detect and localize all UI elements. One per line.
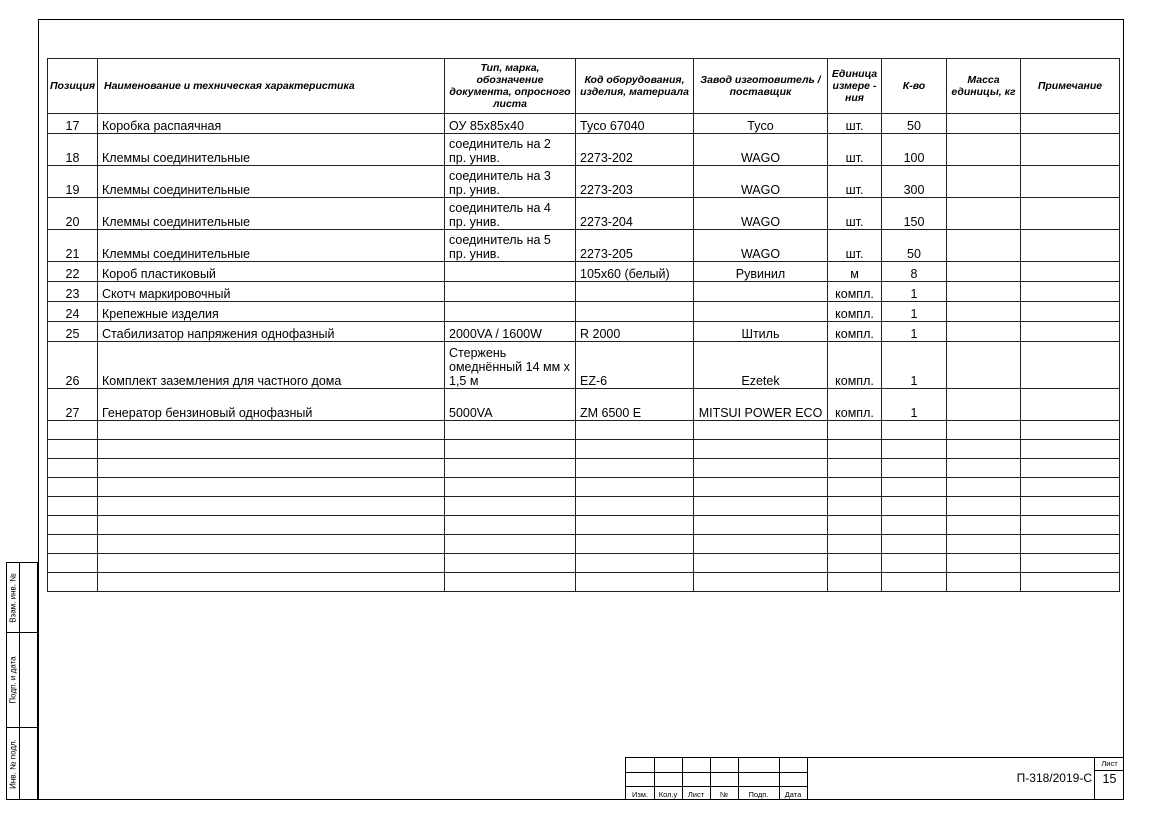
header-maker: Завод изготовитель / поставщик bbox=[694, 59, 828, 114]
cell-empty bbox=[576, 478, 694, 497]
cell-empty bbox=[828, 516, 882, 535]
cell-empty bbox=[828, 573, 882, 592]
cell-mass bbox=[947, 342, 1021, 389]
cell-unit: компл. bbox=[828, 322, 882, 342]
cell-pos: 24 bbox=[48, 302, 98, 322]
table-row-empty bbox=[48, 535, 1120, 554]
cell-empty bbox=[828, 535, 882, 554]
cell-code: ZM 6500 E bbox=[576, 389, 694, 421]
cell-empty bbox=[947, 554, 1021, 573]
cell-empty bbox=[694, 516, 828, 535]
cell-maker: WAGO bbox=[694, 166, 828, 198]
table-row: 26Комплект заземления для частного домаС… bbox=[48, 342, 1120, 389]
sheet-label: Лист bbox=[1095, 758, 1124, 771]
cell-qty: 8 bbox=[882, 262, 947, 282]
cell-note bbox=[1021, 322, 1120, 342]
table-row: 23Скотч маркировочныйкомпл.1 bbox=[48, 282, 1120, 302]
cell-empty bbox=[947, 573, 1021, 592]
cell-empty bbox=[576, 421, 694, 440]
cell-note bbox=[1021, 114, 1120, 134]
cell-qty: 100 bbox=[882, 134, 947, 166]
table-row-empty bbox=[48, 573, 1120, 592]
cell-mass bbox=[947, 282, 1021, 302]
cell-empty bbox=[445, 440, 576, 459]
sheet-number: 15 bbox=[1095, 772, 1124, 786]
cell-empty bbox=[576, 440, 694, 459]
cell-qty: 1 bbox=[882, 282, 947, 302]
cell-maker: WAGO bbox=[694, 198, 828, 230]
cell-empty bbox=[694, 440, 828, 459]
cell-pos: 27 bbox=[48, 389, 98, 421]
cell-empty bbox=[694, 573, 828, 592]
cell-empty bbox=[48, 421, 98, 440]
cell-qty: 1 bbox=[882, 322, 947, 342]
cell-mass bbox=[947, 166, 1021, 198]
cell-type: Стержень омеднённый 14 мм х 1,5 м bbox=[445, 342, 576, 389]
header-name: Наименование и техническая характеристик… bbox=[98, 59, 445, 114]
cell-empty bbox=[694, 535, 828, 554]
cell-name: Коробка распаячная bbox=[98, 114, 445, 134]
cell-note bbox=[1021, 282, 1120, 302]
stamp-label: Инв. № подл. bbox=[9, 739, 18, 789]
cell-note bbox=[1021, 302, 1120, 322]
cell-mass bbox=[947, 262, 1021, 282]
cell-empty bbox=[882, 459, 947, 478]
cell-unit: шт. bbox=[828, 198, 882, 230]
table-row-empty bbox=[48, 497, 1120, 516]
cell-empty bbox=[947, 421, 1021, 440]
cell-pos: 21 bbox=[48, 230, 98, 262]
stamp-original-inv: Инв. № подл. bbox=[6, 727, 38, 800]
cell-qty: 1 bbox=[882, 389, 947, 421]
cell-empty bbox=[828, 497, 882, 516]
cell-empty bbox=[828, 478, 882, 497]
cell-empty bbox=[882, 573, 947, 592]
cell-mass bbox=[947, 134, 1021, 166]
revision-grid: Изм. Кол.у Лист № Подп. Дата bbox=[626, 758, 807, 800]
cell-empty bbox=[576, 459, 694, 478]
cell-code: 2273-204 bbox=[576, 198, 694, 230]
cell-empty bbox=[1021, 440, 1120, 459]
cell-name: Клеммы соединительные bbox=[98, 166, 445, 198]
cell-note bbox=[1021, 342, 1120, 389]
cell-pos: 19 bbox=[48, 166, 98, 198]
cell-empty bbox=[576, 497, 694, 516]
cell-empty bbox=[882, 440, 947, 459]
cell-mass bbox=[947, 322, 1021, 342]
cell-unit: компл. bbox=[828, 282, 882, 302]
cell-mass bbox=[947, 389, 1021, 421]
stamp-label: Взам. инв. № bbox=[9, 573, 18, 623]
specification-table: Позиция Наименование и техническая харак… bbox=[47, 58, 1120, 592]
table-row: 19Клеммы соединительныесоединитель на 3 … bbox=[48, 166, 1120, 198]
table-row-empty bbox=[48, 516, 1120, 535]
header-type: Тип, марка, обозначение документа, опрос… bbox=[445, 59, 576, 114]
cell-empty bbox=[98, 459, 445, 478]
table-row: 22Короб пластиковый105x60 (белый)Рувинил… bbox=[48, 262, 1120, 282]
cell-empty bbox=[98, 478, 445, 497]
cell-type: соединитель на 4 пр. унив. bbox=[445, 198, 576, 230]
rev-label-doc-no: № bbox=[710, 789, 738, 800]
cell-type: соединитель на 3 пр. унив. bbox=[445, 166, 576, 198]
cell-type: 2000VA / 1600W bbox=[445, 322, 576, 342]
cell-empty bbox=[576, 573, 694, 592]
cell-empty bbox=[445, 554, 576, 573]
cell-unit: шт. bbox=[828, 114, 882, 134]
cell-empty bbox=[947, 440, 1021, 459]
cell-empty bbox=[445, 535, 576, 554]
cell-type: соединитель на 2 пр. унив. bbox=[445, 134, 576, 166]
cell-empty bbox=[445, 573, 576, 592]
rev-label-date: Дата bbox=[779, 789, 807, 800]
table-row: 27Генератор бензиновый однофазный5000VAZ… bbox=[48, 389, 1120, 421]
cell-type bbox=[445, 262, 576, 282]
cell-empty bbox=[98, 497, 445, 516]
cell-empty bbox=[48, 440, 98, 459]
cell-empty bbox=[98, 554, 445, 573]
cell-empty bbox=[98, 573, 445, 592]
cell-qty: 50 bbox=[882, 114, 947, 134]
cell-maker: MITSUI POWER ECO bbox=[694, 389, 828, 421]
cell-pos: 22 bbox=[48, 262, 98, 282]
cell-note bbox=[1021, 389, 1120, 421]
table-row-empty bbox=[48, 554, 1120, 573]
cell-empty bbox=[947, 478, 1021, 497]
cell-empty bbox=[882, 535, 947, 554]
table-row-empty bbox=[48, 459, 1120, 478]
cell-code: 2273-202 bbox=[576, 134, 694, 166]
cell-empty bbox=[98, 421, 445, 440]
header-unit: Единица измере - ния bbox=[828, 59, 882, 114]
cell-note bbox=[1021, 262, 1120, 282]
table-row-empty bbox=[48, 421, 1120, 440]
cell-code: Tyco 67040 bbox=[576, 114, 694, 134]
cell-empty bbox=[98, 535, 445, 554]
cell-name: Генератор бензиновый однофазный bbox=[98, 389, 445, 421]
cell-type: 5000VA bbox=[445, 389, 576, 421]
cell-empty bbox=[1021, 554, 1120, 573]
cell-empty bbox=[882, 497, 947, 516]
cell-empty bbox=[48, 497, 98, 516]
cell-empty bbox=[828, 440, 882, 459]
cell-empty bbox=[694, 554, 828, 573]
cell-empty bbox=[947, 535, 1021, 554]
cell-unit: шт. bbox=[828, 166, 882, 198]
cell-pos: 26 bbox=[48, 342, 98, 389]
cell-empty bbox=[1021, 573, 1120, 592]
cell-empty bbox=[694, 459, 828, 478]
cell-maker: WAGO bbox=[694, 134, 828, 166]
cell-note bbox=[1021, 230, 1120, 262]
table-row-empty bbox=[48, 478, 1120, 497]
cell-unit: шт. bbox=[828, 230, 882, 262]
cell-code: 2273-203 bbox=[576, 166, 694, 198]
cell-unit: шт. bbox=[828, 134, 882, 166]
cell-empty bbox=[882, 516, 947, 535]
cell-name: Скотч маркировочный bbox=[98, 282, 445, 302]
cell-empty bbox=[48, 554, 98, 573]
cell-empty bbox=[947, 459, 1021, 478]
cell-empty bbox=[48, 535, 98, 554]
cell-empty bbox=[48, 478, 98, 497]
cell-pos: 25 bbox=[48, 322, 98, 342]
cell-empty bbox=[1021, 535, 1120, 554]
stamp-sign-date: Подп. и дата bbox=[6, 632, 38, 728]
cell-unit: компл. bbox=[828, 302, 882, 322]
cell-maker: Tyco bbox=[694, 114, 828, 134]
cell-empty bbox=[445, 459, 576, 478]
cell-empty bbox=[828, 421, 882, 440]
cell-type bbox=[445, 282, 576, 302]
cell-empty bbox=[1021, 459, 1120, 478]
cell-empty bbox=[445, 478, 576, 497]
cell-empty bbox=[882, 421, 947, 440]
cell-qty: 150 bbox=[882, 198, 947, 230]
cell-name: Клеммы соединительные bbox=[98, 134, 445, 166]
cell-maker: Рувинил bbox=[694, 262, 828, 282]
rev-label-sheet: Лист bbox=[682, 789, 710, 800]
cell-empty bbox=[48, 573, 98, 592]
cell-qty: 1 bbox=[882, 342, 947, 389]
cell-code: 105x60 (белый) bbox=[576, 262, 694, 282]
rev-label-change: Изм. bbox=[626, 789, 654, 800]
cell-empty bbox=[98, 440, 445, 459]
rev-label-count: Кол.у bbox=[654, 789, 682, 800]
cell-pos: 20 bbox=[48, 198, 98, 230]
cell-note bbox=[1021, 198, 1120, 230]
cell-pos: 18 bbox=[48, 134, 98, 166]
cell-empty bbox=[828, 554, 882, 573]
sheet-box: Лист 15 bbox=[1094, 758, 1124, 800]
cell-empty bbox=[828, 459, 882, 478]
cell-name: Крепежные изделия bbox=[98, 302, 445, 322]
title-block: Изм. Кол.у Лист № Подп. Дата П-318/2019-… bbox=[625, 757, 1124, 800]
cell-name: Клеммы соединительные bbox=[98, 198, 445, 230]
cell-unit: м bbox=[828, 262, 882, 282]
cell-note bbox=[1021, 166, 1120, 198]
table-row-empty bbox=[48, 440, 1120, 459]
table-row: 20Клеммы соединительныесоединитель на 4 … bbox=[48, 198, 1120, 230]
cell-code: EZ-6 bbox=[576, 342, 694, 389]
table-row: 24Крепежные изделиякомпл.1 bbox=[48, 302, 1120, 322]
cell-empty bbox=[576, 535, 694, 554]
cell-qty: 1 bbox=[882, 302, 947, 322]
cell-empty bbox=[694, 421, 828, 440]
cell-pos: 17 bbox=[48, 114, 98, 134]
cell-empty bbox=[98, 516, 445, 535]
cell-name: Стабилизатор напряжения однофазный bbox=[98, 322, 445, 342]
cell-empty bbox=[1021, 516, 1120, 535]
cell-code: 2273-205 bbox=[576, 230, 694, 262]
cell-name: Комплект заземления для частного дома bbox=[98, 342, 445, 389]
header-note: Примечание bbox=[1021, 59, 1120, 114]
cell-empty bbox=[445, 421, 576, 440]
cell-type bbox=[445, 302, 576, 322]
cell-maker: Ezetek bbox=[694, 342, 828, 389]
cell-empty bbox=[1021, 497, 1120, 516]
cell-empty bbox=[694, 478, 828, 497]
table-row: 17Коробка распаячнаяОУ 85х85х40Tyco 6704… bbox=[48, 114, 1120, 134]
cell-empty bbox=[1021, 421, 1120, 440]
stamp-replaced-inv: Взам. инв. № bbox=[6, 562, 38, 633]
rev-label-signature: Подп. bbox=[738, 789, 779, 800]
cell-maker bbox=[694, 282, 828, 302]
document-code: П-318/2019-С bbox=[1017, 771, 1092, 785]
cell-empty bbox=[445, 516, 576, 535]
cell-empty bbox=[48, 516, 98, 535]
cell-name: Клеммы соединительные bbox=[98, 230, 445, 262]
cell-type: ОУ 85х85х40 bbox=[445, 114, 576, 134]
table-row: 18Клеммы соединительныесоединитель на 2 … bbox=[48, 134, 1120, 166]
cell-empty bbox=[882, 554, 947, 573]
cell-empty bbox=[445, 497, 576, 516]
cell-unit: компл. bbox=[828, 342, 882, 389]
header-qty: К-во bbox=[882, 59, 947, 114]
cell-name: Короб пластиковый bbox=[98, 262, 445, 282]
cell-code bbox=[576, 282, 694, 302]
cell-code bbox=[576, 302, 694, 322]
cell-mass bbox=[947, 198, 1021, 230]
cell-empty bbox=[48, 459, 98, 478]
stamp-label: Подп. и дата bbox=[9, 656, 18, 703]
table-body: 17Коробка распаячнаяОУ 85х85х40Tyco 6704… bbox=[48, 114, 1120, 592]
cell-qty: 50 bbox=[882, 230, 947, 262]
cell-empty bbox=[576, 516, 694, 535]
cell-mass bbox=[947, 302, 1021, 322]
cell-maker bbox=[694, 302, 828, 322]
cell-pos: 23 bbox=[48, 282, 98, 302]
header-code: Код оборудования, изделия, материала bbox=[576, 59, 694, 114]
cell-empty bbox=[947, 516, 1021, 535]
cell-qty: 300 bbox=[882, 166, 947, 198]
cell-empty bbox=[1021, 478, 1120, 497]
cell-mass bbox=[947, 230, 1021, 262]
cell-empty bbox=[576, 554, 694, 573]
cell-maker: Штиль bbox=[694, 322, 828, 342]
cell-maker: WAGO bbox=[694, 230, 828, 262]
table-row: 21Клеммы соединительныесоединитель на 5 … bbox=[48, 230, 1120, 262]
header-mass: Масса единицы, кг bbox=[947, 59, 1021, 114]
cell-note bbox=[1021, 134, 1120, 166]
header-position: Позиция bbox=[48, 59, 98, 114]
cell-mass bbox=[947, 114, 1021, 134]
cell-type: соединитель на 5 пр. унив. bbox=[445, 230, 576, 262]
cell-empty bbox=[947, 497, 1021, 516]
cell-code: R 2000 bbox=[576, 322, 694, 342]
cell-empty bbox=[882, 478, 947, 497]
table-header-row: Позиция Наименование и техническая харак… bbox=[48, 59, 1120, 114]
cell-empty bbox=[694, 497, 828, 516]
table-row: 25Стабилизатор напряжения однофазный2000… bbox=[48, 322, 1120, 342]
cell-unit: компл. bbox=[828, 389, 882, 421]
